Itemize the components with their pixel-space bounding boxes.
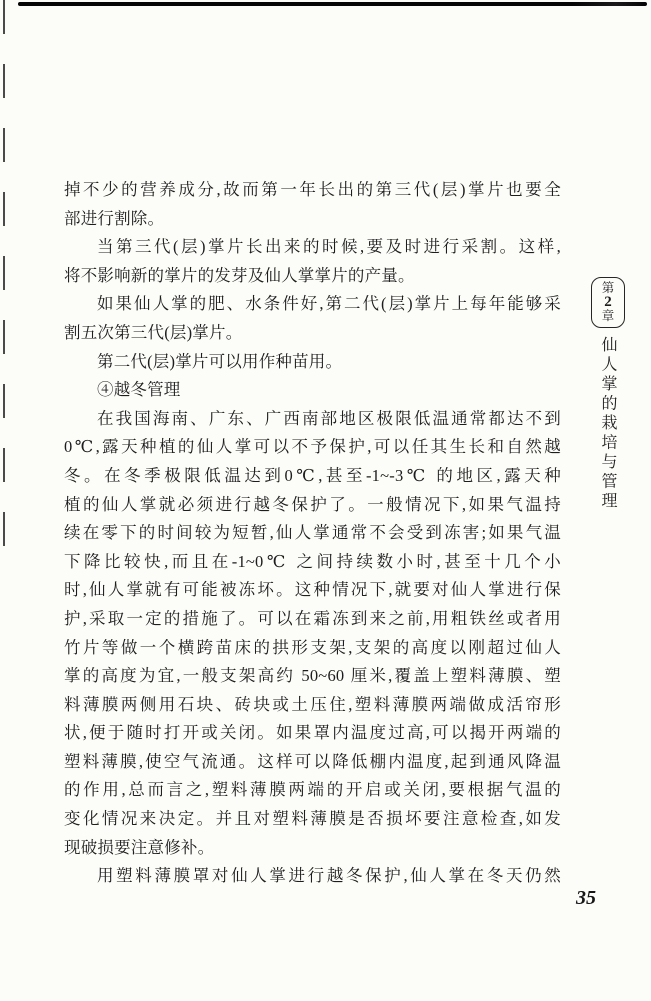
text-line: 掉不少的营养成分,故而第一年长出的第三代(层)掌片也要全	[64, 176, 561, 205]
text-line: 的作用,总而言之,塑料薄膜两端的开启或关闭,要根据气温的	[64, 776, 561, 805]
page-number: 35	[576, 887, 596, 910]
chapter-badge-suffix: 章	[602, 310, 615, 323]
text-line: 时,仙人掌就有可能被冻坏。这种情况下,就要对仙人掌进行保	[64, 576, 561, 605]
text-line: 第二代(层)掌片可以用作种苗用。	[64, 348, 561, 377]
text-line: 冬。在冬季极限低温达到0℃,甚至-1~-3℃ 的地区,露天种	[64, 462, 561, 491]
text-line: 0℃,露天种植的仙人掌可以不予保护,可以任其生长和自然越	[64, 433, 561, 462]
text-line: 竹片等做一个横跨苗床的拱形支架,支架的高度以刚超过仙人	[64, 634, 561, 663]
text-line: 下降比较快,而且在-1~0℃ 之间持续数小时,甚至十几个小	[64, 548, 561, 577]
text-line: 在我国海南、广东、广西南部地区极限低温通常都达不到	[64, 405, 561, 434]
text-line: 用塑料薄膜罩对仙人掌进行越冬保护,仙人掌在冬天仍然	[64, 862, 561, 891]
text-line: 塑料薄膜,使空气流通。这样可以降低棚内温度,起到通风降温	[64, 748, 561, 777]
text-line: 料薄膜两侧用石块、砖块或土压住,塑料薄膜两端做成活帘形	[64, 691, 561, 720]
text-line: 变化情况来决定。并且对塑料薄膜是否损坏要注意检查,如发	[64, 805, 561, 834]
text-line: 掌的高度为宜,一般支架高约 50~60 厘米,覆盖上塑料薄膜、塑	[64, 662, 561, 691]
text-line: 将不影响新的掌片的发芽及仙人掌掌片的产量。	[64, 262, 561, 291]
text-line: 续在零下的时间较为短暂,仙人掌通常不会受到冻害;如果气温	[64, 519, 561, 548]
text-line: 护,采取一定的措施了。可以在霜冻到来之前,用粗铁丝或者用	[64, 605, 561, 634]
scan-top-edge-mark	[18, 2, 647, 6]
text-line: 状,便于随时打开或关闭。如果罩内温度过高,可以揭开两端的	[64, 719, 561, 748]
chapter-title-vertical: 仙人掌的栽培与管理	[596, 336, 619, 536]
scan-left-edge-marks	[3, 0, 5, 552]
text-line: 当第三代(层)掌片长出来的时候,要及时进行采割。这样,	[64, 233, 561, 262]
text-line: 现破损要注意修补。	[64, 834, 561, 863]
book-page: 掉不少的营养成分,故而第一年长出的第三代(层)掌片也要全部进行割除。当第三代(层…	[0, 0, 651, 1001]
text-line: ④越冬管理	[64, 376, 561, 405]
chapter-badge: 第 2 章	[591, 277, 625, 328]
body-text-block: 掉不少的营养成分,故而第一年长出的第三代(层)掌片也要全部进行割除。当第三代(层…	[64, 176, 561, 891]
text-line: 部进行割除。	[64, 205, 561, 234]
text-line: 割五次第三代(层)掌片。	[64, 319, 561, 348]
chapter-badge-number: 2	[604, 295, 612, 310]
text-line: 植的仙人掌就必须进行越冬保护了。一般情况下,如果气温持	[64, 491, 561, 520]
text-line: 如果仙人掌的肥、水条件好,第二代(层)掌片上每年能够采	[64, 290, 561, 319]
